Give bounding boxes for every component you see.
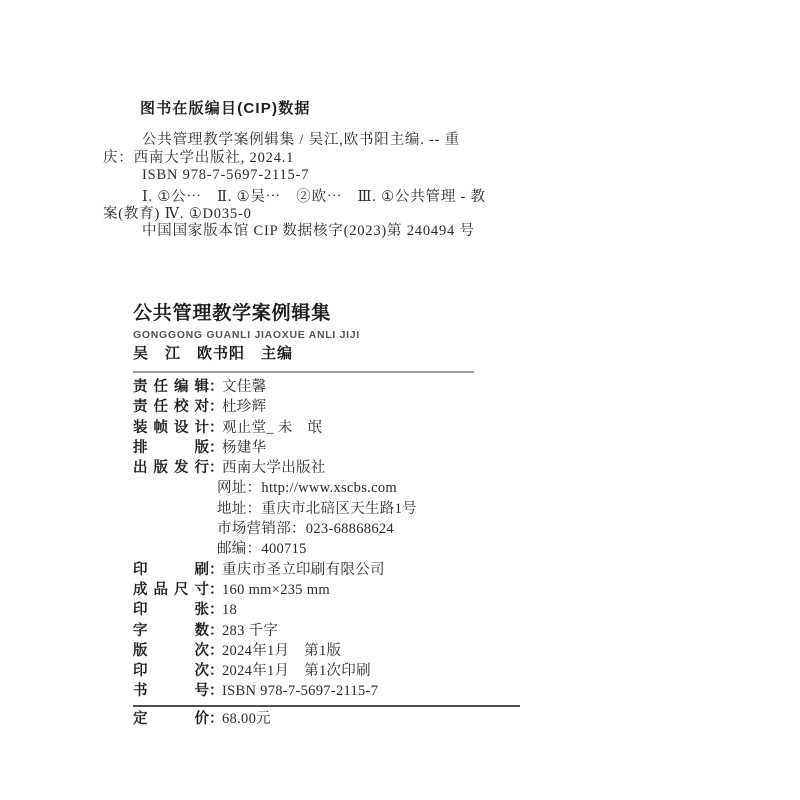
detail-colon: ： [209,458,222,478]
detail-row-sheets: 印张：18 [133,600,593,620]
detail-label: 责任校对 [133,397,209,417]
copyright-page: 图书在版编目(CIP)数据 公共管理教学案例辑集 / 吴江,欧书阳主编. -- … [0,0,800,800]
detail-value: 283 千字 [222,623,278,639]
detail-row-edition: 版次：2024年1月 第1版 [133,641,593,661]
cip-class-line-1: Ⅰ. ①公⋯ Ⅱ. ①吴⋯ ②欧⋯ Ⅲ. ①公共管理 - 教 [103,189,603,206]
detail-row-postcode: 邮编：400715 [133,539,593,559]
detail-colon: ： [209,600,222,620]
detail-colon: ： [209,580,222,600]
detail-colon: ： [209,560,222,580]
detail-label: 印张 [133,600,209,620]
title-block: 公共管理教学案例辑集 GONGGONG GUANLI JIAOXUE ANLI … [133,303,563,373]
detail-colon: ： [209,438,222,458]
detail-row-publisher: 出版发行：西南大学出版社 [133,458,593,478]
detail-value: 2024年1月 第1次印刷 [222,663,371,679]
detail-value: 网址：http://www.xscbs.com [217,480,397,496]
detail-colon: ： [209,418,222,438]
detail-label: 成品尺寸 [133,580,209,600]
detail-value: 重庆市圣立印刷有限公司 [222,562,385,578]
detail-value: ISBN 978-7-5697-2115-7 [222,683,378,699]
detail-value: 邮编：400715 [217,541,307,557]
detail-colon: ： [209,641,222,661]
book-authors: 吴 江 欧书阳 主编 [133,345,563,363]
detail-row-website: 网址：http://www.xscbs.com [133,478,593,498]
detail-label: 版次 [133,641,209,661]
detail-label: 印刷 [133,560,209,580]
detail-value: 文佳馨 [222,379,266,395]
detail-row-designer: 装帧设计：观止堂_ 未 氓 [133,418,593,438]
detail-colon: ： [209,661,222,681]
detail-row-proofreader: 责任校对：杜珍辉 [133,397,593,417]
detail-colon: ： [209,397,222,417]
detail-row-isbn: 书号：ISBN 978-7-5697-2115-7 [133,681,593,701]
detail-value: 68.00元 [222,711,271,727]
detail-row-printer: 印刷：重庆市圣立印刷有限公司 [133,560,593,580]
detail-label: 责任编辑 [133,377,209,397]
detail-label: 字数 [133,621,209,641]
publication-details: 责任编辑：文佳馨 责任校对：杜珍辉 装帧设计：观止堂_ 未 氓 排版：杨建华 出… [133,377,593,729]
detail-row-typesetter: 排版：杨建华 [133,438,593,458]
divider-bottom [133,705,520,707]
cip-class-line-3: 中国国家版本馆 CIP 数据核字(2023)第 240494 号 [103,223,603,240]
detail-value: 160 mm×235 mm [222,582,330,598]
detail-row-wordcount: 字数：283 千字 [133,621,593,641]
book-title-pinyin: GONGGONG GUANLI JIAOXUE ANLI JIJI [133,329,563,341]
cip-line-title: 公共管理教学案例辑集 / 吴江,欧书阳主编. -- 重 [103,132,603,149]
detail-row-editor: 责任编辑：文佳馨 [133,377,593,397]
detail-value: 杜珍辉 [222,399,266,415]
detail-label: 装帧设计 [133,418,209,438]
detail-value: 2024年1月 第1版 [222,643,341,659]
detail-label: 印次 [133,661,209,681]
detail-value: 市场营销部：023-68868624 [217,521,394,537]
book-title: 公共管理教学案例辑集 [133,303,563,325]
detail-value: 18 [222,602,237,618]
detail-colon: ： [209,377,222,397]
detail-row-size: 成品尺寸：160 mm×235 mm [133,580,593,600]
cip-line-isbn: ISBN 978-7-5697-2115-7 [103,167,603,184]
detail-colon: ： [209,709,222,729]
detail-row-address: 地址：重庆市北碚区天生路1号 [133,499,593,519]
detail-label: 定价 [133,709,209,729]
detail-value: 观止堂_ 未 氓 [222,420,322,436]
detail-value: 杨建华 [222,440,266,456]
detail-row-marketing-phone: 市场营销部：023-68868624 [133,519,593,539]
divider-top [133,371,474,373]
cip-classification: Ⅰ. ①公⋯ Ⅱ. ①吴⋯ ②欧⋯ Ⅲ. ①公共管理 - 教 案(教育) Ⅳ. … [103,189,603,241]
detail-value: 西南大学出版社 [222,460,326,476]
detail-label: 出版发行 [133,458,209,478]
detail-row-impression: 印次：2024年1月 第1次印刷 [133,661,593,681]
cip-line-publisher: 庆：西南大学出版社, 2024.1 [103,150,603,167]
detail-colon: ： [209,621,222,641]
cip-class-line-2: 案(教育) Ⅳ. ①D035-0 [103,206,603,223]
cip-section: 图书在版编目(CIP)数据 公共管理教学案例辑集 / 吴江,欧书阳主编. -- … [103,100,603,241]
detail-label: 书号 [133,681,209,701]
cip-header: 图书在版编目(CIP)数据 [140,100,603,117]
detail-colon: ： [209,681,222,701]
detail-row-price: 定价：68.00元 [133,709,593,729]
detail-label: 排版 [133,438,209,458]
detail-value: 地址：重庆市北碚区天生路1号 [217,501,417,517]
